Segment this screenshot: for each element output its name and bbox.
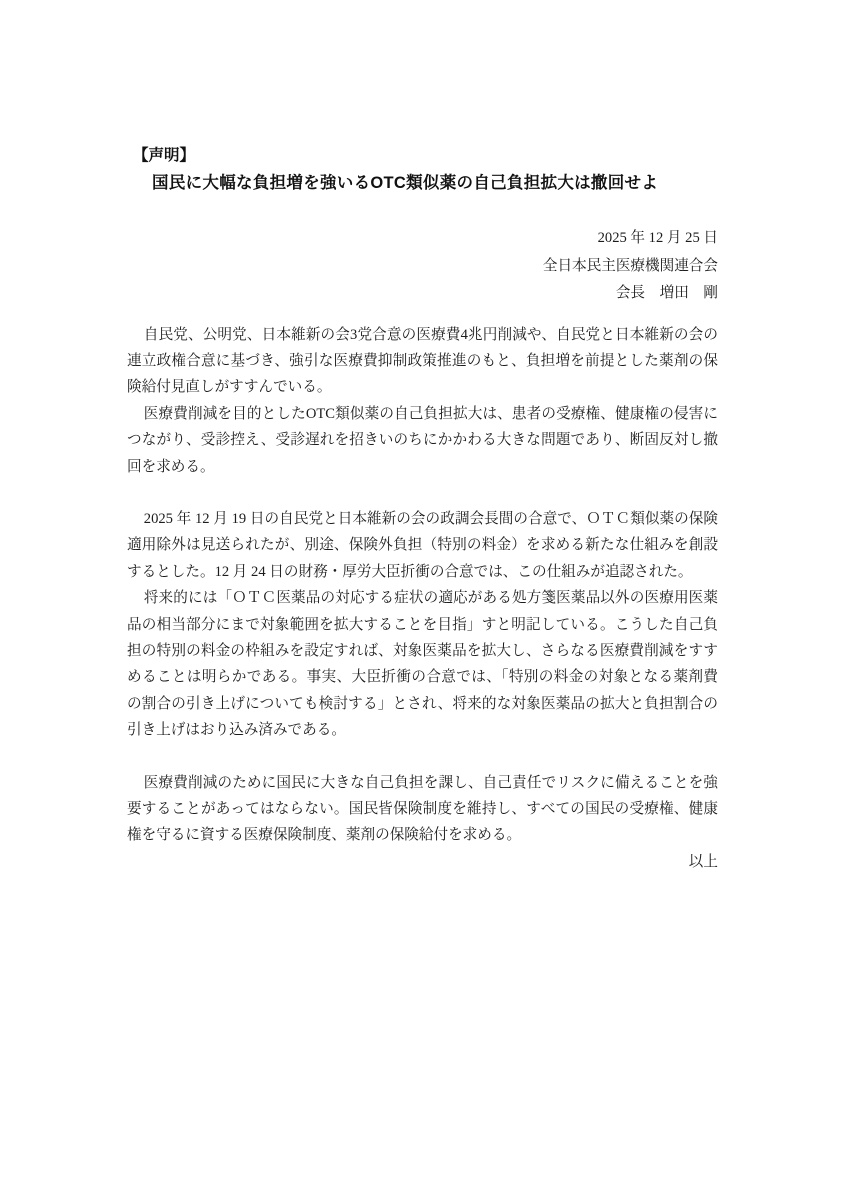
body-paragraph-4: 将来的には「ＯＴＣ医薬品の対応する症状の適応がある処方箋医薬品以外の医療用医薬品… (127, 585, 718, 743)
document-page: 【声明】 国民に大幅な負担増を強いるOTC類似薬の自己負担拡大は撤回せよ 202… (0, 0, 848, 1200)
body-paragraph-5: 医療費削減のために国民に大きな自己負担を課し、自己責任でリスクに備えることを強要… (127, 770, 718, 849)
byline-block: 2025 年 12 月 25 日 全日本民主医療機関連合会 会長 増田 剛 (127, 225, 718, 308)
closing-statement: 以上 (127, 849, 718, 875)
document-title: 国民に大幅な負担増を強いるOTC類似薬の自己負担拡大は撤回せよ (152, 173, 718, 194)
body-paragraph-1: 自民党、公明党、日本維新の会3党合意の医療費4兆円削減や、自民党と日本維新の会の… (127, 322, 718, 401)
document-body: 自民党、公明党、日本維新の会3党合意の医療費4兆円削減や、自民党と日本維新の会の… (127, 322, 718, 849)
organization-name: 全日本民主医療機関連合会 (127, 253, 718, 281)
body-paragraph-3: 2025 年 12 月 19 日の自民党と日本維新の会の政調会長間の合意で、ＯＴ… (127, 506, 718, 585)
document-date: 2025 年 12 月 25 日 (127, 225, 718, 253)
document-content: 【声明】 国民に大幅な負担増を強いるOTC類似薬の自己負担拡大は撤回せよ 202… (127, 146, 718, 875)
signature-line: 会長 増田 剛 (127, 280, 718, 308)
statement-label: 【声明】 (133, 146, 718, 165)
body-paragraph-2: 医療費削減を目的としたOTC類似薬の自己負担拡大は、患者の受療権、健康権の侵害に… (127, 401, 718, 480)
